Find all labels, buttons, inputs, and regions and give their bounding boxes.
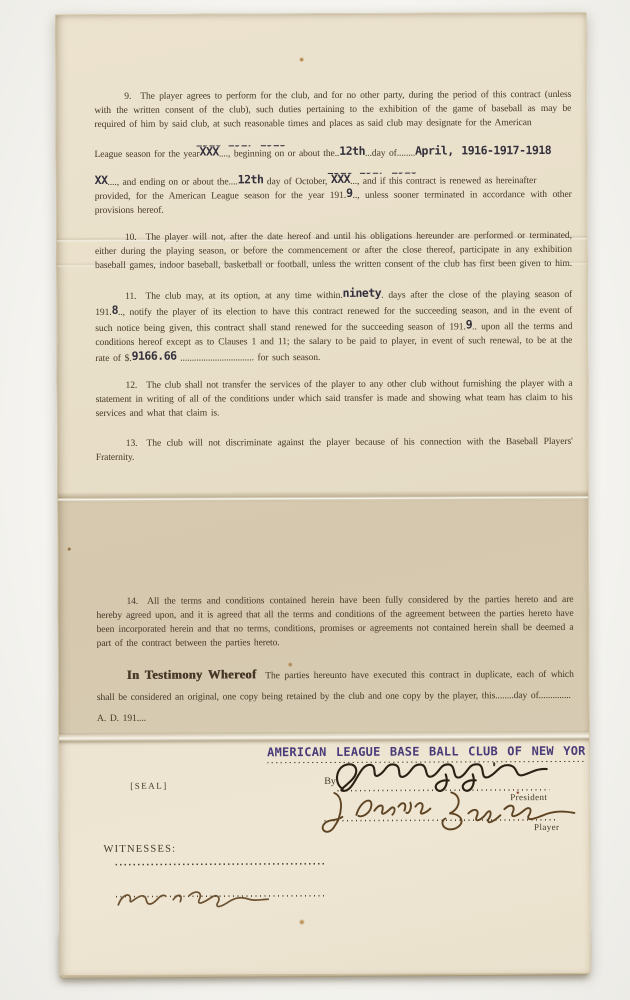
clause-number: 14. bbox=[126, 596, 138, 607]
typed-years-above-line: 1916-1917-1918 bbox=[327, 172, 417, 177]
clause-9-paragraph: 9.The player agrees to perform for the c… bbox=[94, 88, 571, 132]
clause-14-paragraph: 14.All the terms and conditions containe… bbox=[96, 593, 573, 651]
typed-salary-amount: 9166.66 bbox=[132, 348, 177, 362]
typed-years-above-line: 1916-1917-1918 bbox=[195, 144, 285, 150]
printed-text: The club will not discriminate against t… bbox=[96, 436, 573, 463]
struck-year-field: XXX1916-1917-1918 bbox=[200, 148, 219, 159]
printed-text: The player will not, after the date here… bbox=[95, 230, 572, 271]
foxing-spot bbox=[299, 57, 304, 62]
clause-9-continuation: provided, for the American League season… bbox=[95, 186, 572, 218]
clause-9-fill-in-line-begin: League season for the yearXXX1916-1917-1… bbox=[94, 144, 572, 162]
typed-month-years: April, 1916-1917-1918 bbox=[415, 144, 551, 157]
printed-text: ..., and if this contract is renewed as … bbox=[350, 175, 536, 187]
clause-number: 11. bbox=[125, 291, 136, 302]
typed-day: 12th bbox=[238, 172, 264, 186]
printed-text: The club may, at its option, at any time… bbox=[145, 290, 342, 302]
foxing-spot bbox=[299, 919, 305, 925]
in-testimony-whereof-heading: In Testimony Whereof bbox=[127, 667, 257, 682]
clause-12-paragraph: 12.The club shall not transfer the servi… bbox=[95, 377, 572, 421]
player-signature bbox=[315, 785, 579, 838]
printed-text: ...., beginning on or about the.. bbox=[219, 148, 340, 160]
clause-number: 12. bbox=[126, 380, 138, 391]
clause-number: 9. bbox=[124, 91, 131, 102]
typed-season-year: 9 bbox=[466, 317, 472, 331]
clause-number: 10. bbox=[125, 232, 137, 243]
foxing-spot bbox=[67, 547, 71, 551]
photograph-background: 9.The player agrees to perform for the c… bbox=[0, 0, 630, 1000]
printed-text: The club shall not transfer the services… bbox=[96, 378, 573, 419]
contract-paper: 9.The player agrees to perform for the c… bbox=[55, 12, 591, 976]
printed-text: All the terms and conditions contained h… bbox=[97, 594, 574, 649]
clause-13-paragraph: 13.The club will not discriminate agains… bbox=[96, 435, 573, 465]
fold-crease-upper bbox=[58, 490, 588, 503]
typed-season-year: 8 bbox=[112, 302, 118, 316]
seal-label: [SEAL] bbox=[130, 781, 168, 791]
printed-text: provided, for the American League season… bbox=[95, 190, 346, 202]
witness-signature bbox=[110, 874, 296, 921]
printed-text: ...., and ending on or about the.... bbox=[107, 176, 237, 188]
typed-day: 12th bbox=[339, 144, 365, 158]
typed-renewal-year: 9 bbox=[346, 185, 352, 199]
clause-11-paragraph: 11.The club may, at its option, at any t… bbox=[95, 286, 572, 366]
clause-10-paragraph: 10.The player will not, after the date h… bbox=[95, 229, 572, 273]
clause-number: 13. bbox=[126, 438, 138, 449]
typed-notice-days: ninety bbox=[343, 285, 382, 299]
printed-text: ...day of........ bbox=[365, 148, 415, 159]
printed-text: The player agrees to perform for the clu… bbox=[94, 89, 571, 130]
printed-text: A. D. 191.... bbox=[97, 708, 146, 729]
printed-text: League season for the year bbox=[94, 149, 199, 160]
printed-text: day of October, bbox=[263, 176, 331, 187]
testimony-paragraph: In Testimony Whereof The parties hereunt… bbox=[97, 663, 574, 729]
witnesses-label: WITNESSES: bbox=[104, 844, 177, 855]
printed-text: ................................ for suc… bbox=[177, 352, 321, 364]
typed-strikeout: XX bbox=[95, 172, 108, 186]
